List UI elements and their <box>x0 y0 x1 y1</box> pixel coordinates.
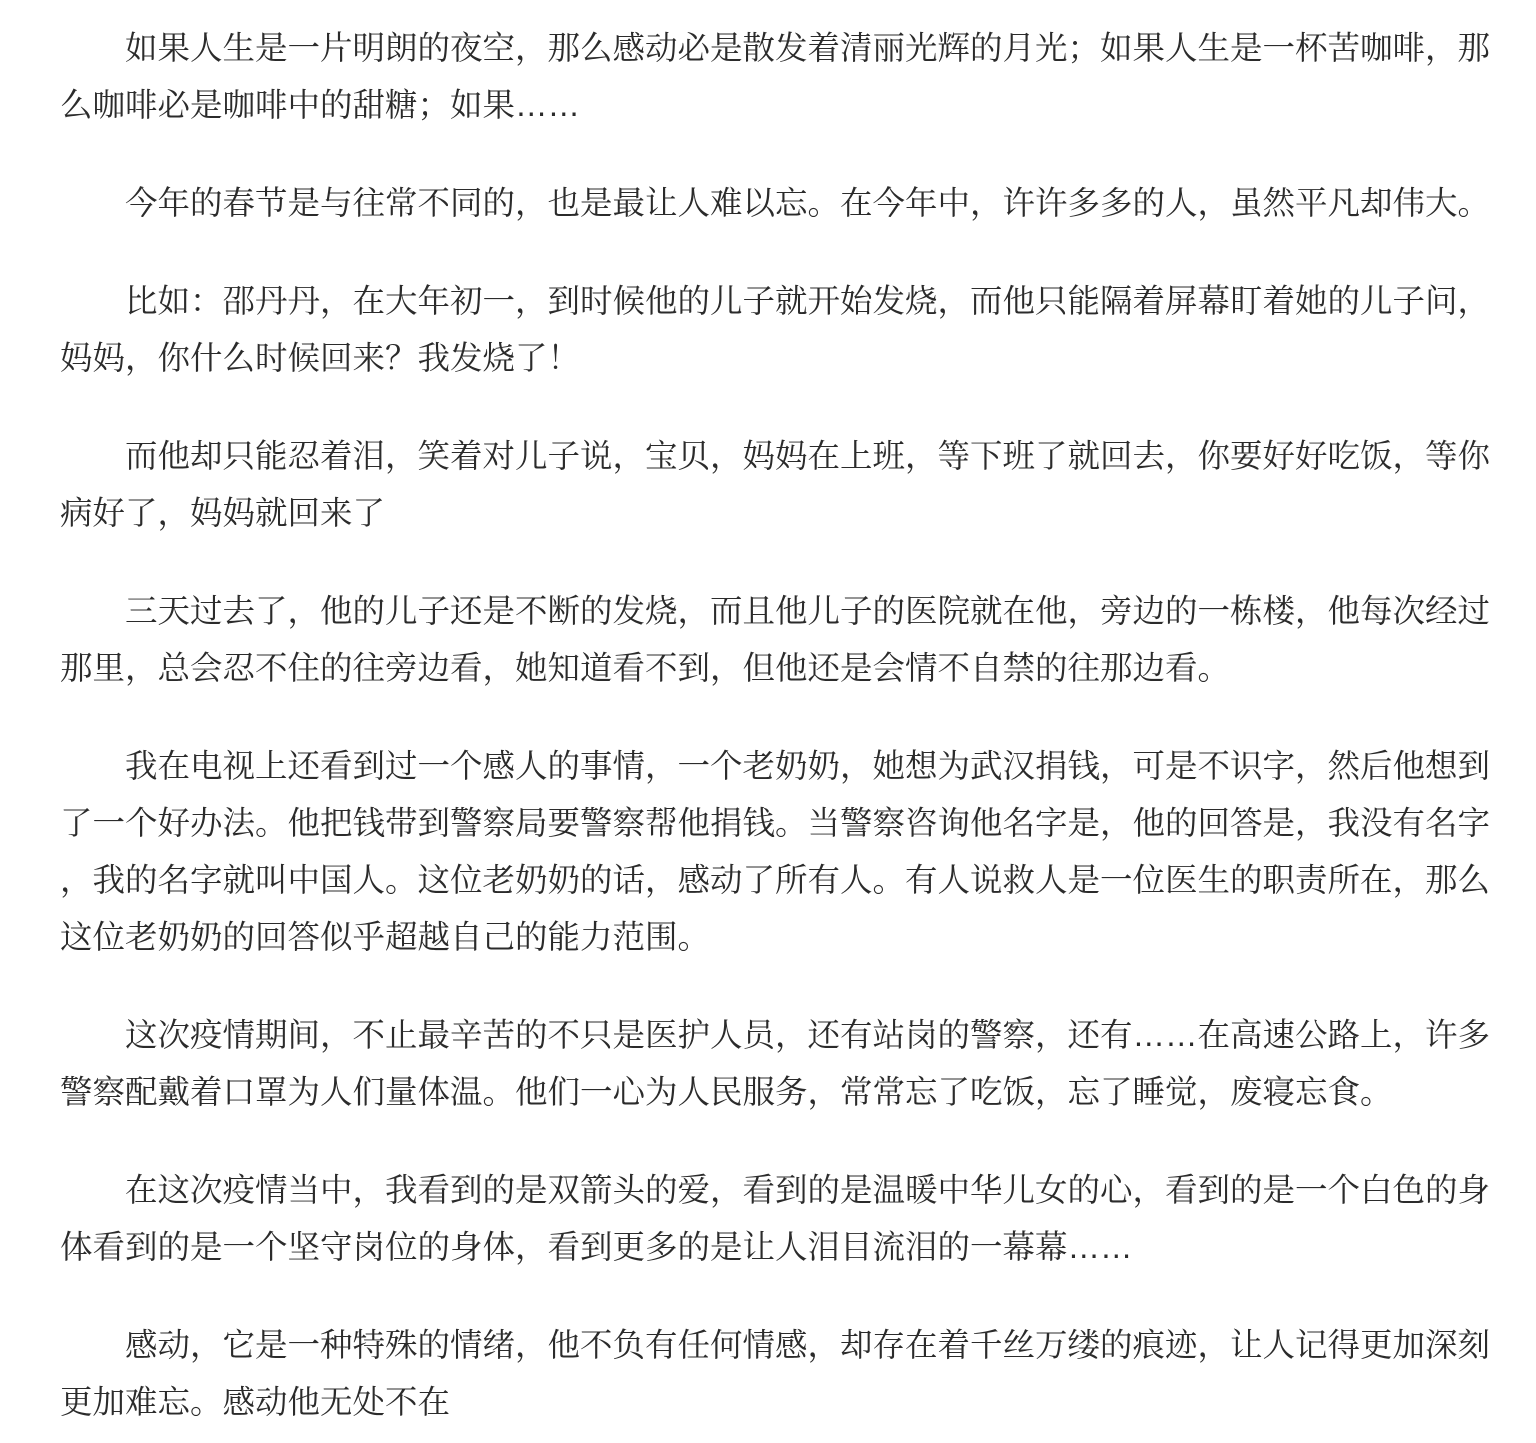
document-page: 如果人生是一片明朗的夜空，那么感动必是散发着清丽光辉的月光；如果人生是一杯苦咖啡… <box>0 0 1536 1443</box>
paragraph-three-days: 三天过去了，他的儿子还是不断的发烧，而且他儿子的医院就在他，旁边的一栋楼，他每次… <box>60 583 1490 697</box>
paragraph-mother-reply: 而他却只能忍着泪，笑着对儿子说，宝贝，妈妈在上班，等下班了就回去，你要好好吃饭，… <box>60 428 1490 542</box>
paragraph-grandma-donation: 我在电视上还看到过一个感人的事情，一个老奶奶，她想为武汉捐钱，可是不识字，然后他… <box>60 738 1490 966</box>
paragraph-love-seen: 在这次疫情当中，我看到的是双箭头的爱，看到的是温暖中华儿女的心，看到的是一个白色… <box>60 1162 1490 1276</box>
paragraph-conclusion: 感动，它是一种特殊的情绪，他不负有任何情感，却存在着千丝万缕的痕迹，让人记得更加… <box>60 1317 1490 1431</box>
paragraph-intro: 如果人生是一片明朗的夜空，那么感动必是散发着清丽光辉的月光；如果人生是一杯苦咖啡… <box>60 20 1490 134</box>
paragraph-shaodandan: 比如：邵丹丹，在大年初一，到时候他的儿子就开始发烧，而他只能隔着屏幕盯着她的儿子… <box>60 273 1490 387</box>
paragraph-spring-festival: 今年的春节是与往常不同的，也是最让人难以忘。在今年中，许许多多的人，虽然平凡却伟… <box>60 175 1490 232</box>
paragraph-police: 这次疫情期间，不止最辛苦的不只是医护人员，还有站岗的警察，还有……在高速公路上，… <box>60 1007 1490 1121</box>
